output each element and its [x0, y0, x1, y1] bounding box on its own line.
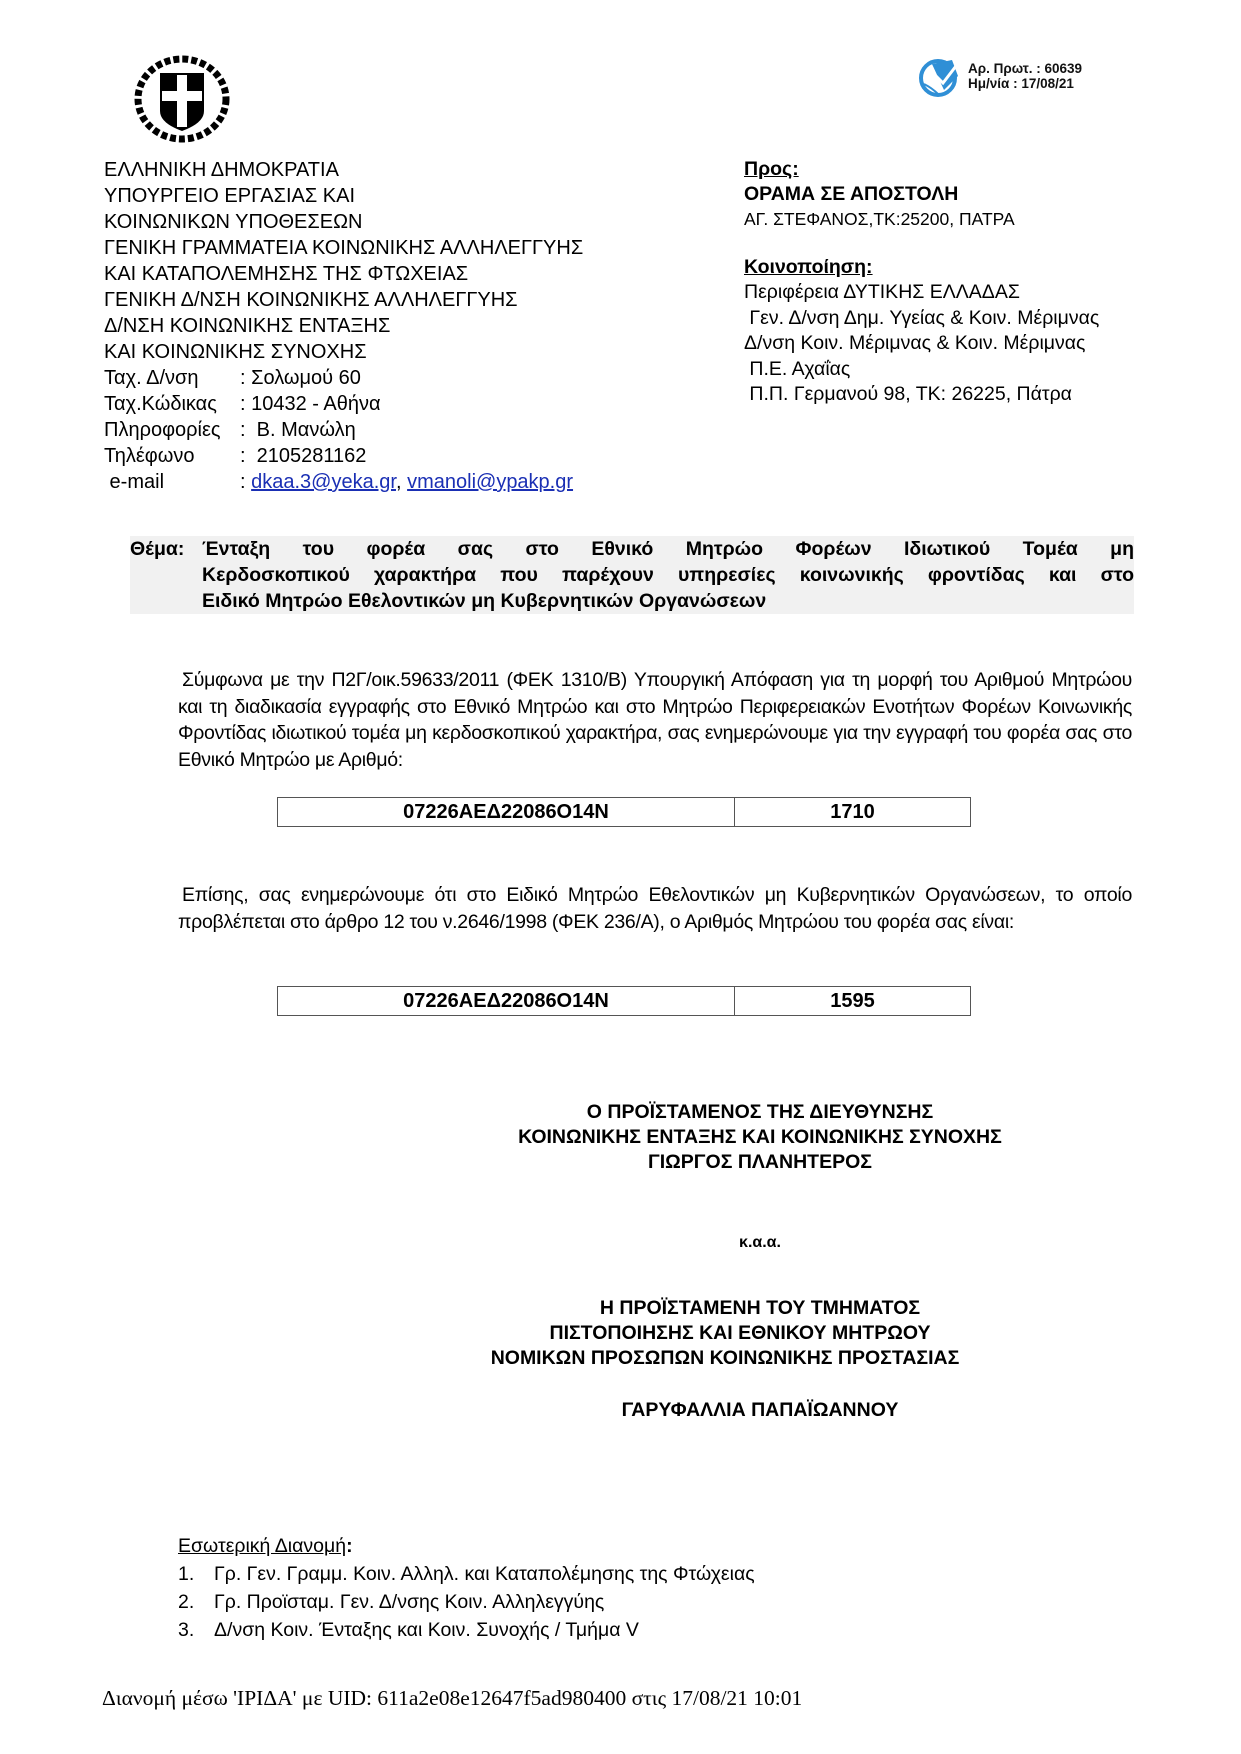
registry-table-national: 07226ΑΕΔ22086Ο14Ν 1710 — [277, 797, 971, 827]
protocol-date: Ημ/νία : 17/08/21 — [968, 76, 1082, 91]
address-field: Ταχ. Δ/νση: Σολωμού 60 — [104, 365, 583, 391]
subject-line: Ένταξη του φορέα σας στο Εθνικό Μητρώο Φ… — [202, 536, 1134, 562]
distribution-colon: : — [346, 1535, 353, 1557]
sender-line: ΓΕΝΙΚΗ Δ/ΝΣΗ ΚΟΙΝΩΝΙΚΗΣ ΑΛΛΗΛΕΓΓΥΗΣ — [104, 287, 583, 313]
greek-coat-of-arms-icon — [133, 53, 231, 143]
cc-line: Γεν. Δ/νση Δημ. Υγείας & Κοιν. Μέριμνας — [744, 306, 1099, 332]
sender-line: ΥΠΟΥΡΓΕΙΟ ΕΡΓΑΣΙΑΣ ΚΑΙ — [104, 183, 583, 209]
item-number: 2. — [178, 1588, 214, 1616]
list-item: 3.Δ/νση Κοιν. Ένταξης και Κοιν. Συνοχής … — [178, 1616, 755, 1644]
field-value: : 2105281162 — [240, 445, 366, 467]
registry-number: 1710 — [735, 798, 970, 826]
cc-line: Π.Ε. Αχαΐας — [744, 357, 1099, 383]
item-number: 1. — [178, 1560, 214, 1588]
subject-line: Κερδοσκοπικού χαρακτήρα που παρέχουν υπη… — [130, 562, 1134, 588]
cc-line: Περιφέρεια ΔΥΤΙΚΗΣ ΕΛΛΑΔΑΣ — [744, 280, 1099, 306]
kaa-note: κ.α.α. — [440, 1234, 1080, 1252]
item-text: Δ/νση Κοιν. Ένταξης και Κοιν. Συνοχής / … — [214, 1616, 639, 1644]
subject-block: Θέμα: Ένταξη του φορέα σας στο Εθνικό Μη… — [130, 536, 1134, 614]
signature-line: ΠΙΣΤΟΠΟΙΗΣΗΣ ΚΑΙ ΕΘΝΙΚΟΥ ΜΗΤΡΩΟΥ — [400, 1321, 1080, 1346]
signature-line: ΝΟΜΙΚΩΝ ΠΡΟΣΩΠΩΝ ΚΟΙΝΩΝΙΚΗΣ ΠΡΟΣΤΑΣΙΑΣ — [370, 1346, 1080, 1371]
email-separator: , — [396, 471, 407, 493]
subject-label: Θέμα: — [130, 536, 202, 562]
recipient-name: ΟΡΑΜΑ ΣΕ ΑΠΟΣΤΟΛΗ — [744, 182, 1099, 207]
field-label: Ταχ. Δ/νση — [104, 365, 240, 391]
email-link-2[interactable]: vmanoli@ypakp.gr — [407, 471, 573, 493]
email-field: e-mail: dkaa.3@yeka.gr, vmanoli@ypakp.gr — [104, 469, 583, 495]
recipient-address: ΑΓ. ΣΤΕΦΑΝΟΣ,ΤΚ:25200, ΠΑΤΡΑ — [744, 207, 1099, 232]
signature-line: Η ΠΡΟΪΣΤΑΜΕΝΗ ΤΟΥ ΤΜΗΜΑΤΟΣ — [440, 1296, 1080, 1321]
sender-line: ΚΑΙ ΚΑΤΑΠΟΛΕΜΗΣΗΣ ΤΗΣ ΦΤΩΧΕΙΑΣ — [104, 261, 583, 287]
email-prefix: : — [240, 471, 251, 493]
iris-checkmark-logo-icon — [918, 54, 962, 98]
body-paragraph-2: Επίσης, σας ενημερώνουμε ότι στο Ειδικό … — [178, 882, 1132, 935]
to-label: Προς: — [744, 157, 1099, 182]
item-text: Γρ. Γεν. Γραμμ. Κοιν. Αλληλ. και Καταπολ… — [214, 1560, 755, 1588]
body-paragraph-1: Σύμφωνα με την Π2Γ/οικ.59633/2011 (ΦΕΚ 1… — [178, 667, 1132, 773]
protocol-number: Αρ. Πρωτ. : 60639 — [968, 61, 1082, 76]
sender-line: ΕΛΛΗΝΙΚΗ ΔΗΜΟΚΡΑΤΙΑ — [104, 157, 583, 183]
field-label: Τηλέφωνο — [104, 443, 240, 469]
signature-line: ΚΟΙΝΩΝΙΚΗΣ ΕΝΤΑΞΗΣ ΚΑΙ ΚΟΙΝΩΝΙΚΗΣ ΣΥΝΟΧΗ… — [440, 1125, 1080, 1150]
head-name: ΓΑΡΥΦΑΛΛΙΑ ΠΑΠΑΪΩΑΝΝΟΥ — [440, 1398, 1080, 1423]
registry-table-ngo: 07226ΑΕΔ22086Ο14Ν 1595 — [277, 986, 971, 1016]
info-field: Πληροφορίες: Β. Μανώλη — [104, 417, 583, 443]
list-item: 2.Γρ. Προϊσταμ. Γεν. Δ/νσης Κοιν. Αλληλε… — [178, 1588, 755, 1616]
director-signature: Ο ΠΡΟΪΣΤΑΜΕΝΟΣ ΤΗΣ ΔΙΕΥΘΥΝΣΗΣ ΚΟΙΝΩΝΙΚΗΣ… — [440, 1100, 1080, 1175]
registry-number: 1595 — [735, 987, 970, 1015]
cc-line: Δ/νση Κοιν. Μέριμνας & Κοιν. Μέριμνας — [744, 331, 1099, 357]
field-label: Ταχ.Κώδικας — [104, 391, 240, 417]
cc-label: Κοινοποίηση: — [744, 255, 1099, 280]
phone-field: Τηλέφωνο: 2105281162 — [104, 443, 583, 469]
field-value: : 10432 - Αθήνα — [240, 393, 381, 415]
email-link-1[interactable]: dkaa.3@yeka.gr — [251, 471, 396, 493]
item-number: 3. — [178, 1616, 214, 1644]
paragraph-text: Επίσης, σας ενημερώνουμε ότι στο Ειδικό … — [178, 884, 1132, 933]
sender-line: ΓΕΝΙΚΗ ΓΡΑΜΜΑΤΕΙΑ ΚΟΙΝΩΝΙΚΗΣ ΑΛΛΗΛΕΓΓΥΗΣ — [104, 235, 583, 261]
cc-line: Π.Π. Γερμανού 98, ΤΚ: 26225, Πάτρα — [744, 382, 1099, 408]
registry-code: 07226ΑΕΔ22086Ο14Ν — [278, 798, 735, 826]
recipient-block: Προς: ΟΡΑΜΑ ΣΕ ΑΠΟΣΤΟΛΗ ΑΓ. ΣΤΕΦΑΝΟΣ,ΤΚ:… — [744, 157, 1099, 408]
sender-line: ΚΑΙ ΚΟΙΝΩΝΙΚΗΣ ΣΥΝΟΧΗΣ — [104, 339, 583, 365]
protocol-stamp: Αρ. Πρωτ. : 60639 Ημ/νία : 17/08/21 — [918, 54, 1082, 98]
distribution-label: Εσωτερική Διανομή — [178, 1535, 346, 1557]
head-signature: Η ΠΡΟΪΣΤΑΜΕΝΗ ΤΟΥ ΤΜΗΜΑΤΟΣ ΠΙΣΤΟΠΟΙΗΣΗΣ … — [440, 1296, 1080, 1371]
field-label: e-mail — [104, 469, 240, 495]
subject-line: Ειδικό Μητρώο Εθελοντικών μη Κυβερνητικώ… — [130, 588, 1134, 614]
internal-distribution: Εσωτερική Διανομή: 1.Γρ. Γεν. Γραμμ. Κοι… — [178, 1532, 755, 1644]
sender-line: Δ/ΝΣΗ ΚΟΙΝΩΝΙΚΗΣ ΕΝΤΑΞΗΣ — [104, 313, 583, 339]
field-label: Πληροφορίες — [104, 417, 240, 443]
field-value: : Β. Μανώλη — [240, 419, 356, 441]
paragraph-text: Σύμφωνα με την Π2Γ/οικ.59633/2011 (ΦΕΚ 1… — [178, 669, 1132, 771]
item-text: Γρ. Προϊσταμ. Γεν. Δ/νσης Κοιν. Αλληλεγγ… — [214, 1588, 604, 1616]
list-item: 1.Γρ. Γεν. Γραμμ. Κοιν. Αλληλ. και Καταπ… — [178, 1560, 755, 1588]
registry-code: 07226ΑΕΔ22086Ο14Ν — [278, 987, 735, 1015]
signature-line: Ο ΠΡΟΪΣΤΑΜΕΝΟΣ ΤΗΣ ΔΙΕΥΘΥΝΣΗΣ — [440, 1100, 1080, 1125]
postcode-field: Ταχ.Κώδικας: 10432 - Αθήνα — [104, 391, 583, 417]
signature-line: ΓΙΩΡΓΟΣ ΠΛΑΝΗΤΕΡΟΣ — [440, 1150, 1080, 1175]
sender-block: ΕΛΛΗΝΙΚΗ ΔΗΜΟΚΡΑΤΙΑ ΥΠΟΥΡΓΕΙΟ ΕΡΓΑΣΙΑΣ Κ… — [104, 157, 583, 495]
field-value: : Σολωμού 60 — [240, 367, 361, 389]
iris-distribution-footer: Διανομή μέσω 'ΙΡΙΔΑ' με UID: 611a2e08e12… — [102, 1686, 802, 1711]
sender-line: ΚΟΙΝΩΝΙΚΩΝ ΥΠΟΘΕΣΕΩΝ — [104, 209, 583, 235]
